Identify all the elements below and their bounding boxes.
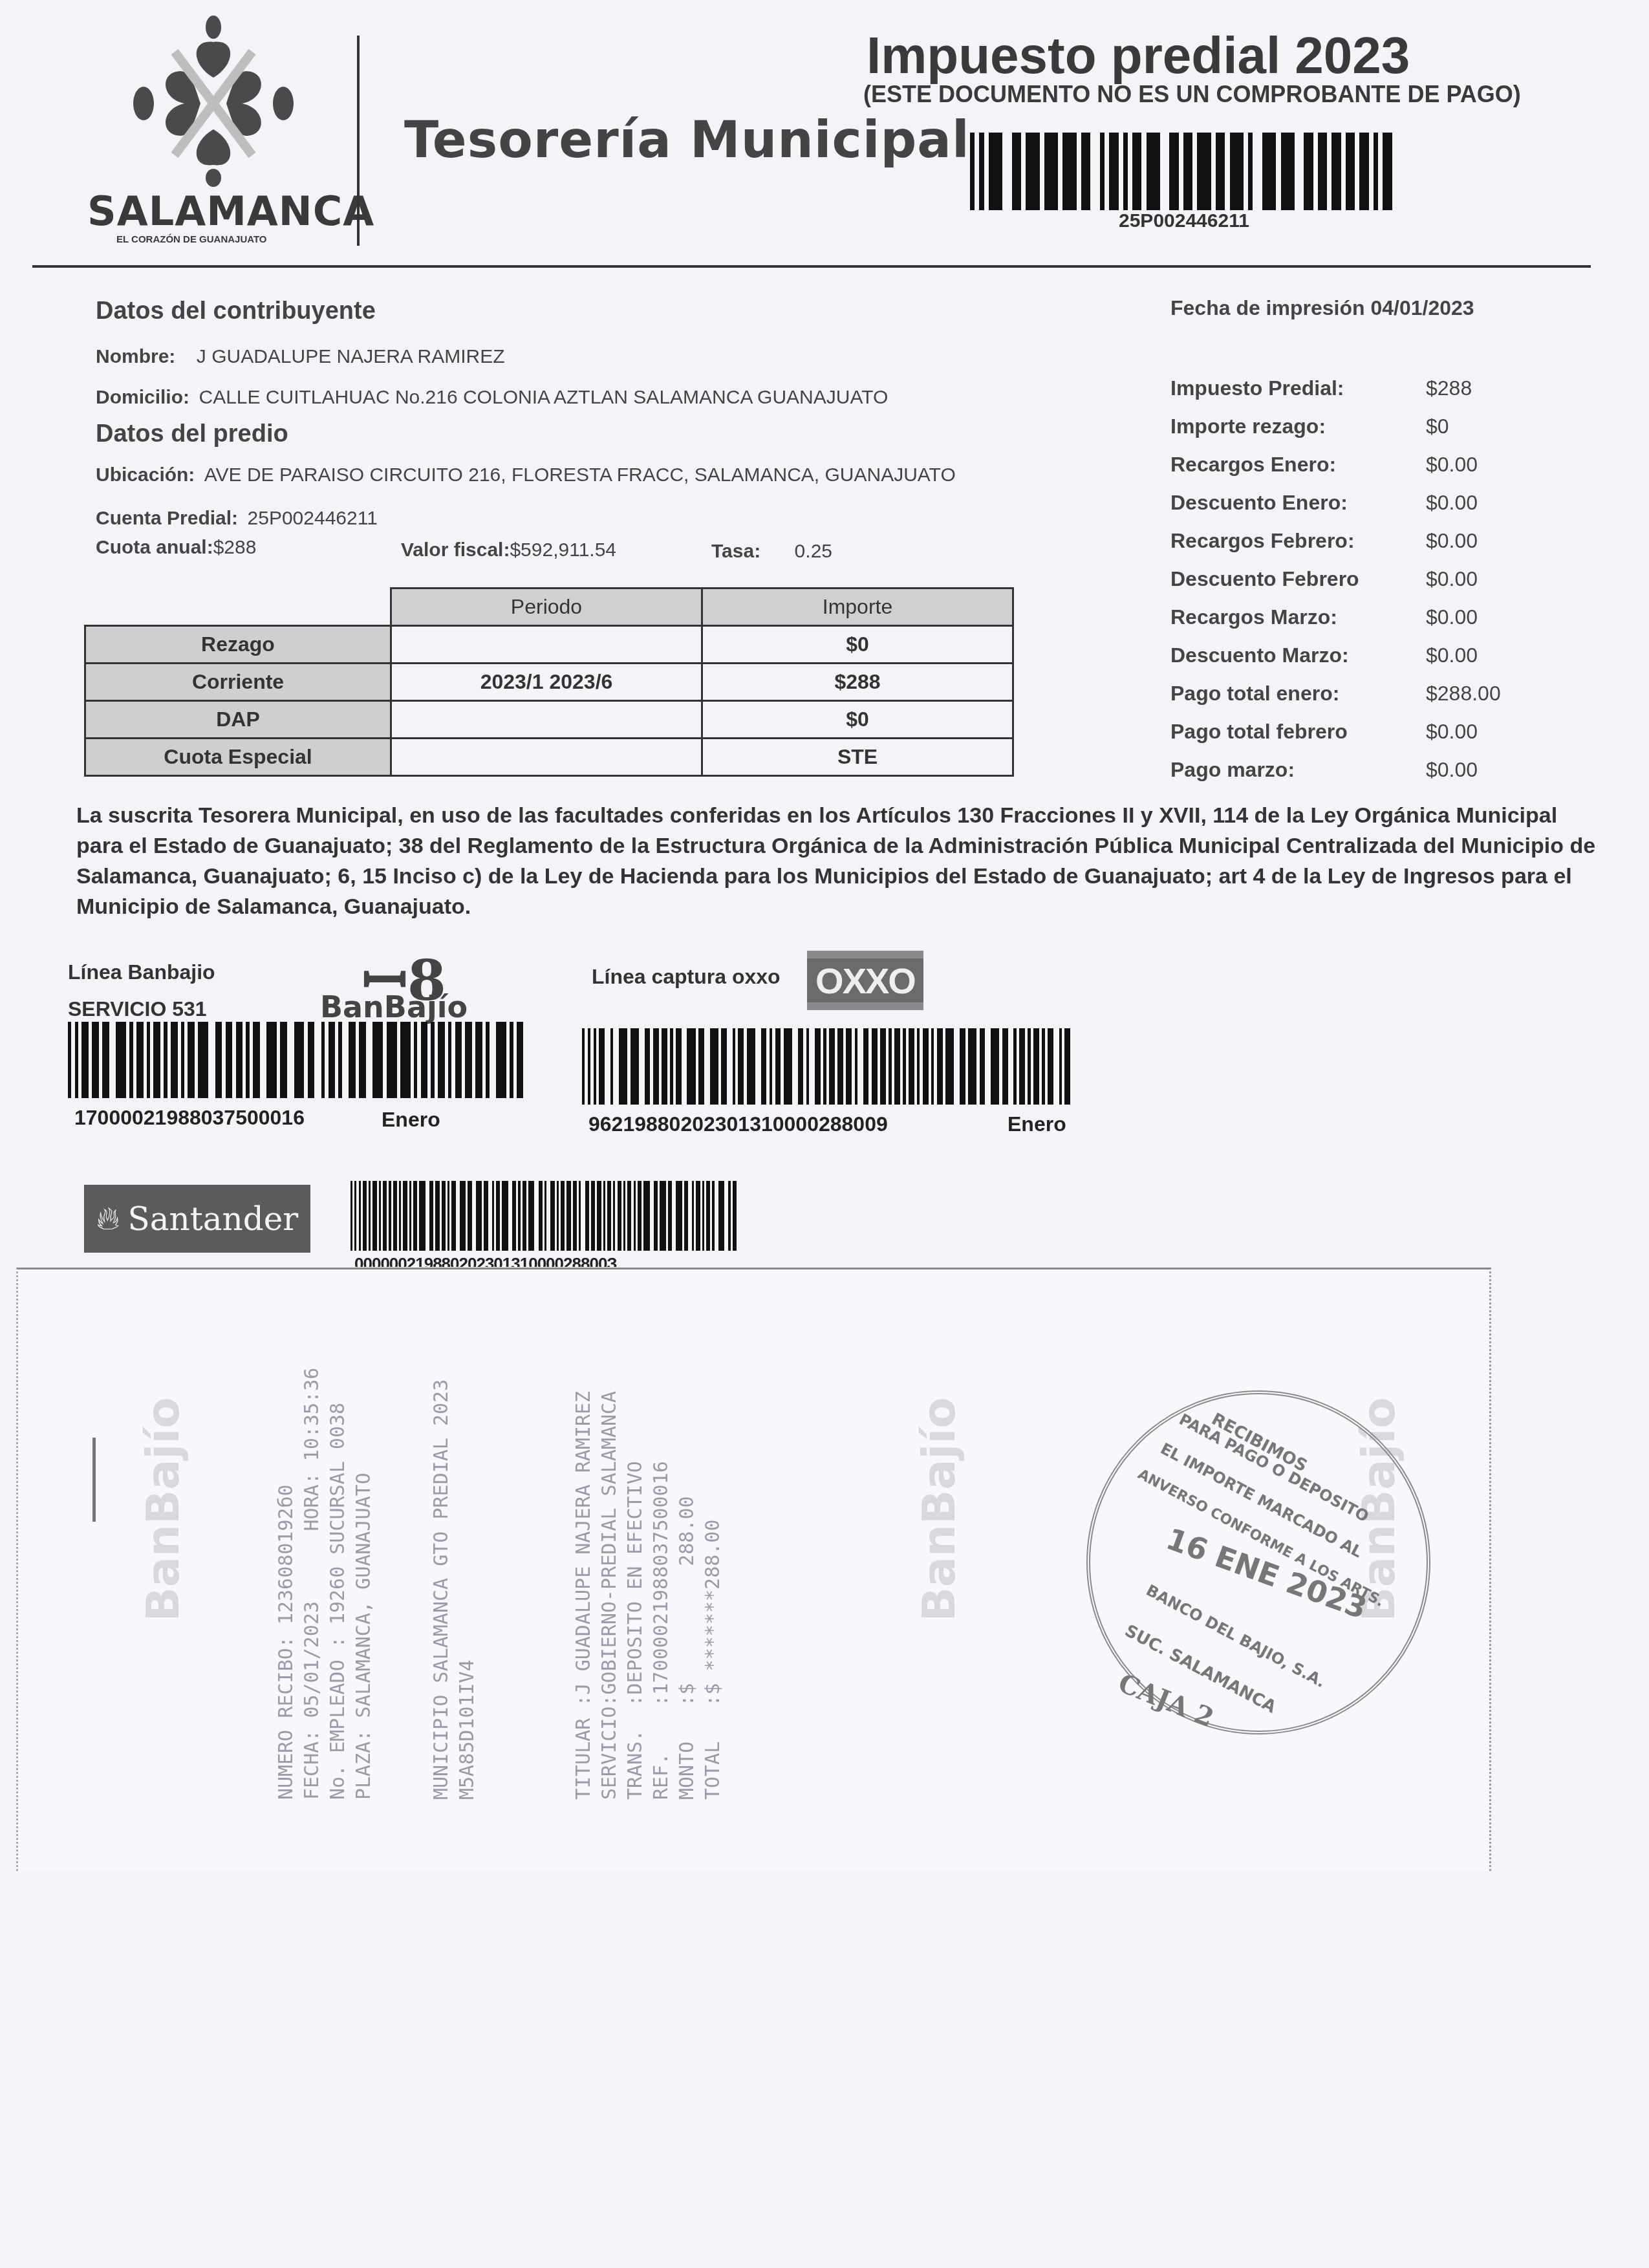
summary-value: $0.00	[1426, 720, 1478, 744]
receipt-line: PLAZA: SALAMANCA, GUANAJUATO	[351, 1368, 377, 1800]
stamp-day: 16	[1162, 1521, 1213, 1568]
summary-value: $0.00	[1426, 491, 1478, 515]
valor-value: $592,911.54	[510, 539, 616, 561]
summary-label: Recargos Febrero:	[1170, 529, 1426, 553]
summary-label: Pago total febrero	[1170, 720, 1426, 744]
receipt-block-1: NUMERO RECIBO: 1236080192б0FECHA: 05/01/…	[274, 1368, 377, 1800]
header-importe: Importe	[702, 589, 1013, 626]
oxxo-label: Línea captura oxxo	[592, 965, 781, 989]
payment-summary: Impuesto Predial:$288Importe rezago:$0Re…	[1170, 376, 1501, 796]
valor-row: Valor fiscal:$592,911.54	[401, 539, 616, 561]
staple-icon	[92, 1438, 96, 1522]
nombre-value: J GUADALUPE NAJERA RAMIREZ	[197, 346, 505, 367]
cell-periodo	[391, 739, 702, 776]
bank-stamp: RECIBIMOS PARA PAGO O DEPOSITO EL IMPORT…	[1086, 1390, 1430, 1734]
ubicacion-value: AVE DE PARAISO CIRCUITO 216, FLORESTA FR…	[204, 464, 956, 486]
cuenta-value: 25P002446211	[248, 508, 378, 529]
cell-concept: DAP	[85, 701, 391, 739]
account-barcode-label: 25P002446211	[1119, 210, 1249, 232]
logo-tagline: EL CORAZÓN DE GUANAJUATO	[116, 234, 267, 245]
predio-heading: Datos del predio	[96, 420, 288, 448]
summary-row: Impuesto Predial:$288	[1170, 376, 1501, 415]
salamanca-logo-icon	[129, 13, 297, 188]
nombre-row: Nombre: J GUADALUPE NAJERA RAMIREZ	[96, 346, 505, 368]
summary-row: Descuento Enero:$0.00	[1170, 491, 1501, 529]
page-title: Impuesto predial 2023	[867, 26, 1410, 85]
ubicacion-label: Ubicación:	[96, 464, 195, 486]
logo-name: SALAMANCA	[87, 188, 374, 235]
cell-periodo	[391, 626, 702, 664]
santander-flame-icon: 🔥︎	[96, 1200, 120, 1238]
summary-value: $0.00	[1426, 643, 1478, 667]
cell-importe: $0	[702, 626, 1013, 664]
summary-row: Recargos Febrero:$0.00	[1170, 529, 1501, 567]
period-table: Periodo Importe Rezago$0Corriente2023/1 …	[84, 587, 1014, 777]
cell-periodo	[391, 701, 702, 739]
summary-value: $0.00	[1426, 453, 1478, 477]
account-barcode	[970, 133, 1397, 210]
summary-value: $0.00	[1426, 529, 1478, 553]
summary-row: Descuento Marzo:$0.00	[1170, 643, 1501, 682]
table-row: Cuota EspecialSTE	[85, 739, 1013, 776]
table-row: Rezago$0	[85, 626, 1013, 664]
nombre-label: Nombre:	[96, 346, 175, 367]
summary-value: $288	[1426, 376, 1472, 400]
print-date: Fecha de impresión 04/01/2023	[1170, 296, 1474, 320]
valor-label: Valor fiscal:	[401, 539, 510, 561]
summary-row: Pago marzo:$0.00	[1170, 758, 1501, 796]
table-row: Corriente2023/1 2023/6$288	[85, 664, 1013, 701]
receipt-line: REF. :17000021988037500016	[649, 1391, 674, 1800]
banbajio-month: Enero	[382, 1108, 440, 1132]
cuenta-label: Cuenta Predial:	[96, 508, 238, 529]
oxxo-month: Enero	[1008, 1112, 1066, 1136]
cell-importe: STE	[702, 739, 1013, 776]
contribuyente-heading: Datos del contribuyente	[96, 297, 376, 325]
summary-label: Descuento Febrero	[1170, 567, 1426, 591]
summary-row: Pago total febrero$0.00	[1170, 720, 1501, 758]
cuota-label: Cuota anual:	[96, 537, 213, 558]
banbajio-barcode	[68, 1022, 527, 1098]
banbajio-barcode-number: 17000021988037500016	[74, 1106, 305, 1130]
receipt-line: SERVICIO:GOBIERNO-PREDIAL SALAMANCA	[597, 1391, 623, 1800]
receipt-line: M5A85D101IV4	[455, 1379, 480, 1800]
summary-label: Descuento Enero:	[1170, 491, 1426, 515]
table-corner	[85, 589, 391, 626]
receipt-watermark: BanBajío	[136, 1397, 189, 1621]
santander-barcode	[350, 1181, 738, 1251]
header-divider	[357, 36, 360, 246]
summary-label: Importe rezago:	[1170, 415, 1426, 438]
summary-value: $0.00	[1426, 605, 1478, 629]
summary-label: Recargos Enero:	[1170, 453, 1426, 477]
receipt-line: TOTAL :$ *******288.00	[700, 1391, 726, 1800]
table-row: DAP$0	[85, 701, 1013, 739]
banbajio-service: SERVICIO 531	[68, 997, 207, 1021]
summary-label: Recargos Marzo:	[1170, 605, 1426, 629]
summary-value: $0.00	[1426, 567, 1478, 591]
santander-logo: 🔥︎ Santander	[84, 1185, 310, 1253]
receipt-line: TRANS. :DEPOSITO EN EFECTIVO	[623, 1391, 649, 1800]
domicilio-label: Domicilio:	[96, 387, 189, 408]
summary-label: Pago marzo:	[1170, 758, 1426, 782]
ubicacion-row: Ubicación: AVE DE PARAISO CIRCUITO 216, …	[96, 464, 956, 486]
summary-label: Pago total enero:	[1170, 682, 1426, 706]
banbajio-label: Línea Banbajio	[68, 960, 215, 984]
receipt-watermark: BanBajío	[912, 1397, 965, 1621]
tasa-label: Tasa:	[711, 541, 760, 562]
page-subtitle: (ESTE DOCUMENTO NO ES UN COMPROBANTE DE …	[863, 81, 1521, 108]
receipt-line: MUNICIPIO SALAMANCA GTO PREDIAL 2023	[429, 1379, 455, 1800]
summary-row: Importe rezago:$0	[1170, 415, 1501, 453]
cuota-value: $288	[213, 537, 257, 558]
receipt-line: NUMERO RECIBO: 1236080192б0	[274, 1368, 299, 1800]
oxxo-barcode	[582, 1028, 1073, 1105]
receipt-block-3: TITULAR :J GUADALUPE NAJERA RAMIREZSERVI…	[571, 1391, 726, 1800]
summary-row: Descuento Febrero$0.00	[1170, 567, 1501, 605]
cuota-row: Cuota anual:$288	[96, 537, 256, 559]
summary-value: $0	[1426, 415, 1449, 438]
summary-row: Recargos Marzo:$0.00	[1170, 605, 1501, 643]
cell-periodo: 2023/1 2023/6	[391, 664, 702, 701]
receipt-line: FECHA: 05/01/2023 HORA: 10:35:36	[299, 1368, 325, 1800]
banbajio-logo: BanBajío	[320, 989, 468, 1024]
summary-row: Pago total enero:$288.00	[1170, 682, 1501, 720]
domicilio-row: Domicilio: CALLE CUITLAHUAC No.216 COLON…	[96, 387, 888, 409]
summary-row: Recargos Enero:$0.00	[1170, 453, 1501, 491]
cell-concept: Cuota Especial	[85, 739, 391, 776]
receipt-line: No. EMPLEADO : 19260 SUCURSAL 0038	[325, 1368, 351, 1800]
receipt-block-2: MUNICIPIO SALAMANCA GTO PREDIAL 2023M5A8…	[429, 1379, 480, 1800]
summary-value: $0.00	[1426, 758, 1478, 782]
legal-text: La suscrita Tesorera Municipal, en uso d…	[76, 801, 1602, 922]
tasa-row: Tasa: 0.25	[711, 541, 832, 563]
department-name: Tesorería Municipal	[404, 111, 970, 169]
oxxo-logo: OXXO	[807, 951, 923, 1010]
summary-value: $288.00	[1426, 682, 1501, 706]
summary-label: Descuento Marzo:	[1170, 643, 1426, 667]
header-rule	[32, 265, 1591, 268]
receipt-line: MONTO :$ 288.00	[674, 1391, 700, 1800]
cuenta-row: Cuenta Predial: 25P002446211	[96, 508, 378, 530]
header-periodo: Periodo	[391, 589, 702, 626]
tasa-value: 0.25	[795, 541, 832, 562]
receipt-line: TITULAR :J GUADALUPE NAJERA RAMIREZ	[571, 1391, 597, 1800]
cell-concept: Corriente	[85, 664, 391, 701]
oxxo-barcode-number: 96219880202301310000288009	[588, 1112, 888, 1136]
cell-concept: Rezago	[85, 626, 391, 664]
santander-barcode-number: 00000021988020230131000028800З	[354, 1254, 617, 1267]
summary-label: Impuesto Predial:	[1170, 376, 1426, 400]
domicilio-value: CALLE CUITLAHUAC No.216 COLONIA AZTLAN S…	[199, 387, 888, 408]
cell-importe: $0	[702, 701, 1013, 739]
santander-logo-text: Santander	[127, 1200, 298, 1238]
cell-importe: $288	[702, 664, 1013, 701]
